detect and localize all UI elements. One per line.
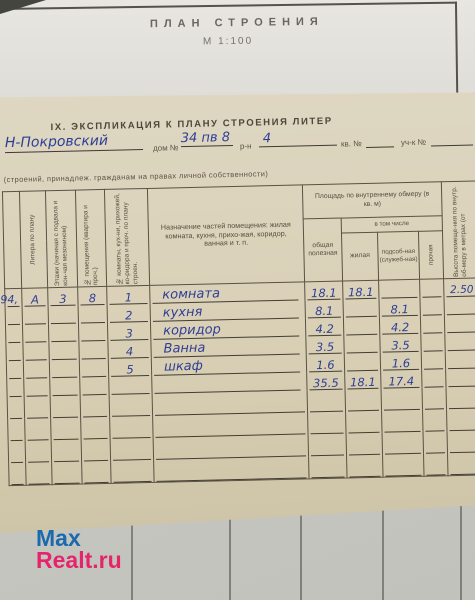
col-area-total: общая полезная bbox=[303, 218, 342, 282]
street-handwritten: Н-Покровский bbox=[5, 132, 143, 153]
cell: 1 bbox=[107, 285, 150, 304]
cell bbox=[79, 359, 108, 378]
cell: 3.5 bbox=[306, 336, 344, 355]
cell bbox=[7, 397, 24, 419]
watermark-line1: Max bbox=[36, 527, 122, 549]
apartment-label: кв. № bbox=[341, 139, 362, 148]
cell bbox=[445, 350, 475, 369]
cell bbox=[382, 410, 423, 433]
cell: 3.5 bbox=[380, 334, 421, 353]
cell bbox=[22, 324, 48, 343]
cell bbox=[26, 462, 53, 485]
watermark: Max Realt.ru bbox=[36, 527, 122, 571]
plan-title: ПЛАН СТРОЕНИЯ bbox=[150, 16, 324, 30]
cell: 4.2 bbox=[305, 318, 343, 337]
cell bbox=[420, 315, 444, 334]
cell bbox=[78, 323, 107, 342]
cell bbox=[445, 332, 475, 351]
table-header: Литера по плану Этажи (начиная с подвала… bbox=[2, 181, 475, 289]
cell bbox=[82, 461, 112, 484]
cell bbox=[49, 342, 79, 361]
cell bbox=[307, 390, 345, 413]
cell bbox=[346, 411, 382, 434]
col-living-label: жилая bbox=[342, 252, 377, 261]
cell bbox=[111, 460, 154, 483]
cell bbox=[50, 378, 80, 397]
cell bbox=[50, 396, 80, 419]
plan-sheet: ПЛАН СТРОЕНИЯ М 1:100 bbox=[0, 0, 475, 108]
plot-label: уч-к № bbox=[401, 138, 426, 148]
cell bbox=[345, 389, 381, 412]
cell bbox=[154, 456, 309, 482]
district-handwritten: 4 bbox=[259, 130, 337, 148]
cell: 18.1 bbox=[343, 280, 379, 299]
cell: 1.6 bbox=[306, 354, 344, 373]
cell bbox=[344, 335, 380, 354]
cell bbox=[109, 376, 152, 395]
cell: 2 bbox=[107, 304, 150, 323]
cell bbox=[80, 377, 109, 396]
cell bbox=[110, 416, 153, 439]
cell bbox=[5, 307, 22, 325]
col-cutoff bbox=[2, 191, 21, 288]
cell bbox=[109, 394, 152, 417]
district-label: р-н bbox=[240, 142, 252, 151]
col-other-label: прочая bbox=[427, 245, 435, 266]
cell bbox=[24, 378, 50, 397]
plot-blank-line bbox=[431, 145, 473, 147]
col-other: прочая bbox=[418, 231, 443, 280]
cell bbox=[309, 456, 348, 479]
cell bbox=[78, 305, 107, 324]
cell bbox=[110, 438, 153, 461]
col-floors: Этажи (начиная с подвала и кон-чая мезон… bbox=[45, 190, 77, 288]
cell bbox=[51, 440, 81, 463]
cell bbox=[444, 296, 475, 315]
cell: 4.2 bbox=[379, 316, 420, 335]
cell bbox=[81, 417, 110, 440]
plan-scale: М 1:100 bbox=[203, 36, 253, 48]
table-body: А 3 8 1 комната 18.1 18.1 2.50 2 bbox=[5, 278, 475, 486]
cell bbox=[23, 360, 49, 379]
cell: 18.1 bbox=[345, 371, 381, 390]
cell bbox=[382, 432, 423, 455]
cell: 2.50 bbox=[444, 278, 475, 297]
cell: 3 bbox=[48, 287, 78, 306]
cell bbox=[52, 462, 83, 485]
cell bbox=[346, 433, 382, 456]
col-floors-label: Этажи (начиная с подвала и кон-чая мезон… bbox=[52, 192, 70, 286]
cell bbox=[80, 395, 109, 418]
cell bbox=[8, 419, 25, 441]
cell bbox=[81, 439, 110, 462]
col-room: № комнаты, кух-ни, прихожей, ко-ридора и… bbox=[104, 188, 149, 286]
cell: 3 bbox=[107, 322, 150, 341]
cell bbox=[424, 453, 449, 476]
cell bbox=[49, 360, 79, 379]
col-height-label: Высота помеще-ния по внутр. об-меру в ме… bbox=[451, 183, 469, 277]
col-including-label: в том числе bbox=[342, 219, 442, 229]
col-litera: Литера по плану bbox=[19, 191, 47, 289]
col-area-group-label: Площадь по внутреннему обмеру (в кв. м) bbox=[303, 191, 441, 210]
cell bbox=[383, 454, 424, 477]
cell: А bbox=[22, 288, 48, 307]
cell bbox=[9, 463, 27, 486]
col-premise: № помещения (квартира и проч.) bbox=[75, 189, 106, 287]
watermark-line2: Realt.ru bbox=[36, 549, 122, 571]
cell: 18.1 bbox=[305, 281, 343, 300]
cell bbox=[8, 441, 25, 463]
cell bbox=[420, 279, 444, 298]
cell bbox=[379, 279, 420, 298]
col-aux-label: подсоб-ная (служеб-ная) bbox=[378, 248, 418, 264]
cell bbox=[5, 325, 22, 343]
col-purpose: Назначение частей помещения: жилая комна… bbox=[147, 185, 304, 285]
col-aux: подсоб-ная (служеб-ная) bbox=[377, 231, 419, 280]
cell bbox=[343, 317, 379, 336]
cell bbox=[446, 368, 475, 387]
cell: 8 bbox=[78, 286, 107, 305]
cell bbox=[24, 396, 50, 419]
cell bbox=[7, 379, 24, 397]
col-area-total-label: общая полезная bbox=[304, 241, 341, 258]
cell bbox=[308, 412, 346, 435]
house-number-handwritten: 34 пв 8 bbox=[181, 130, 233, 147]
ownership-note: (строений, принадлеж. гражданам на права… bbox=[4, 169, 269, 184]
cell bbox=[448, 452, 475, 475]
cell: 35.5 bbox=[307, 372, 345, 391]
cell bbox=[22, 306, 48, 325]
cell bbox=[6, 361, 23, 379]
cell bbox=[447, 430, 475, 453]
cell: 8.1 bbox=[305, 300, 343, 319]
cell bbox=[6, 343, 23, 361]
col-premise-label: № помещения (квартира и проч.) bbox=[82, 191, 100, 285]
col-living: жилая bbox=[341, 232, 378, 281]
cell bbox=[381, 388, 422, 411]
cell bbox=[25, 440, 51, 463]
cell: 1.6 bbox=[380, 352, 421, 371]
explication-content: IX. ЭКСПЛИКАЦИЯ К ПЛАНУ СТРОЕНИЯ ЛИТЕР Н… bbox=[0, 86, 475, 537]
cell bbox=[5, 288, 22, 307]
cell bbox=[51, 418, 81, 441]
cell bbox=[444, 314, 475, 333]
cell bbox=[48, 324, 78, 343]
col-purpose-label: Назначение частей помещения: жилая комна… bbox=[149, 220, 304, 249]
cell: 4 bbox=[108, 340, 151, 359]
apartment-blank-line bbox=[366, 146, 394, 148]
cell: 5 bbox=[108, 358, 151, 377]
cell bbox=[347, 455, 384, 478]
cell bbox=[422, 387, 446, 410]
cell bbox=[423, 431, 447, 454]
cell bbox=[343, 299, 379, 318]
cell bbox=[48, 306, 78, 325]
cell bbox=[446, 386, 475, 409]
cell bbox=[423, 409, 447, 432]
cell bbox=[23, 342, 49, 361]
cell: 8.1 bbox=[379, 298, 420, 317]
cell bbox=[420, 297, 444, 316]
cell bbox=[79, 341, 108, 360]
explication-table: Литера по плану Этажи (начиная с подвала… bbox=[2, 180, 475, 486]
cell bbox=[25, 418, 51, 441]
col-area-group: Площадь по внутреннему обмеру (в кв. м) bbox=[302, 182, 442, 219]
cell bbox=[421, 351, 445, 370]
cell bbox=[308, 434, 346, 457]
cell bbox=[447, 408, 475, 431]
col-height: Высота помеще-ния по внутр. об-меру в ме… bbox=[441, 181, 475, 279]
house-label: дом № bbox=[153, 143, 179, 153]
cell bbox=[422, 369, 446, 388]
cell bbox=[344, 353, 380, 372]
col-litera-label: Литера по плану bbox=[29, 214, 38, 264]
cell bbox=[421, 333, 445, 352]
col-room-label: № комнаты, кух-ни, прихожей, ко-ридора и… bbox=[114, 190, 141, 285]
cell: 17.4 bbox=[381, 370, 422, 389]
